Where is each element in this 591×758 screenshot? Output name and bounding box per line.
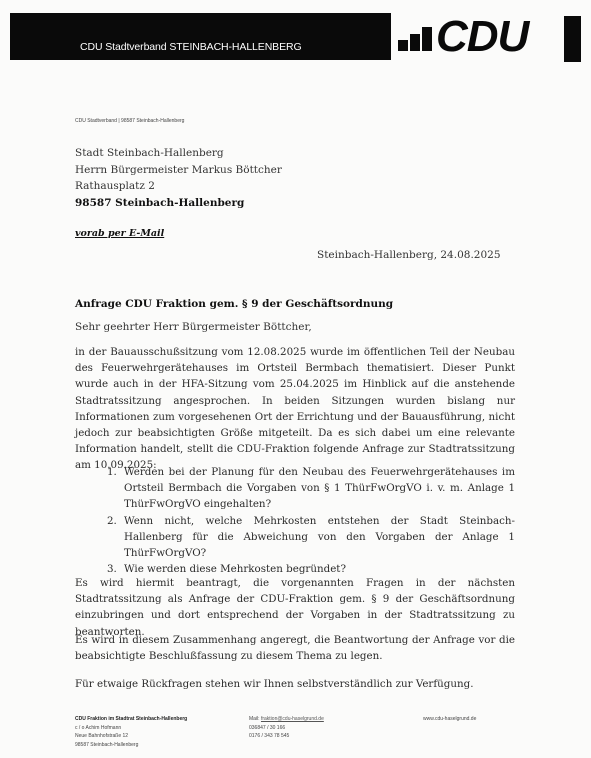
recipient-line-4: 98587 Steinbach-Hallenberg bbox=[75, 195, 282, 212]
delivery-note: vorab per E-Mail bbox=[75, 228, 164, 239]
body-paragraph-2: Es wird hiermit beantragt, die vorgenann… bbox=[75, 575, 515, 640]
recipient-line-2: Herrn Bürgermeister Markus Böttcher bbox=[75, 162, 282, 179]
footer-website: www.cdu-haselgrund.de bbox=[423, 715, 476, 724]
body-paragraph-1: in der Bauausschußsitzung vom 12.08.2025… bbox=[75, 344, 515, 474]
place-date: Steinbach-Hallenberg, 24.08.2025 bbox=[317, 249, 501, 261]
recipient-line-3: Rathausplatz 2 bbox=[75, 178, 282, 195]
footer-mail-label: Mail: bbox=[249, 716, 260, 722]
letter-subject: Anfrage CDU Fraktion gem. § 9 der Geschä… bbox=[75, 298, 393, 310]
footer-contact: Mail: fraktion@cdu-haselgrund.de 036847 … bbox=[249, 715, 324, 741]
body-paragraph-3: Es wird in diesem Zusammenhang angeregt,… bbox=[75, 632, 515, 664]
recipient-line-1: Stadt Steinbach-Hallenberg bbox=[75, 145, 282, 162]
logo-text: CDU bbox=[436, 14, 528, 60]
body-paragraph-4: Für etwaige Rückfragen stehen wir Ihnen … bbox=[75, 676, 515, 692]
sender-return-address: CDU Stadtverband | 98587 Steinbach-Halle… bbox=[75, 118, 184, 124]
footer-mail-link[interactable]: fraktion@cdu-haselgrund.de bbox=[261, 716, 324, 722]
question-number: 2. bbox=[107, 513, 117, 529]
question-text: Werden bei der Planung für den Neubau de… bbox=[124, 466, 515, 510]
footer-city: 98587 Steinbach-Hallenberg bbox=[75, 741, 187, 750]
question-list: 1. Werden bei der Planung für den Neubau… bbox=[107, 464, 515, 577]
header-band: CDU Stadtverband STEINBACH-HALLENBERG bbox=[10, 13, 391, 60]
footer-care-of: c / o Achim Hofmann bbox=[75, 724, 187, 733]
header-band-text: CDU Stadtverband STEINBACH-HALLENBERG bbox=[80, 41, 302, 53]
footer-org: CDU Fraktion im Stadtrat Steinbach-Halle… bbox=[75, 715, 187, 724]
cdu-logo: CDU bbox=[396, 14, 581, 60]
logo-block bbox=[564, 16, 581, 62]
footer-phone-2: 0176 / 343 78 545 bbox=[249, 732, 324, 741]
question-item: 1. Werden bei der Planung für den Neubau… bbox=[107, 464, 515, 513]
recipient-address: Stadt Steinbach-Hallenberg Herrn Bürgerm… bbox=[75, 145, 282, 211]
salutation: Sehr geehrter Herr Bürgermeister Böttche… bbox=[75, 321, 312, 333]
question-text: Wie werden diese Mehrkosten begründet? bbox=[124, 563, 346, 575]
footer-address: CDU Fraktion im Stadtrat Steinbach-Halle… bbox=[75, 715, 187, 749]
question-item: 2. Wenn nicht, welche Mehrkosten entsteh… bbox=[107, 513, 515, 562]
footer-phone-1: 036847 / 30 166 bbox=[249, 724, 324, 733]
footer-website-link[interactable]: www.cdu-haselgrund.de bbox=[423, 715, 476, 724]
question-text: Wenn nicht, welche Mehrkosten entstehen … bbox=[124, 515, 515, 559]
question-number: 1. bbox=[107, 464, 117, 480]
footer-street: Neue Bahnhofstraße 12 bbox=[75, 732, 187, 741]
